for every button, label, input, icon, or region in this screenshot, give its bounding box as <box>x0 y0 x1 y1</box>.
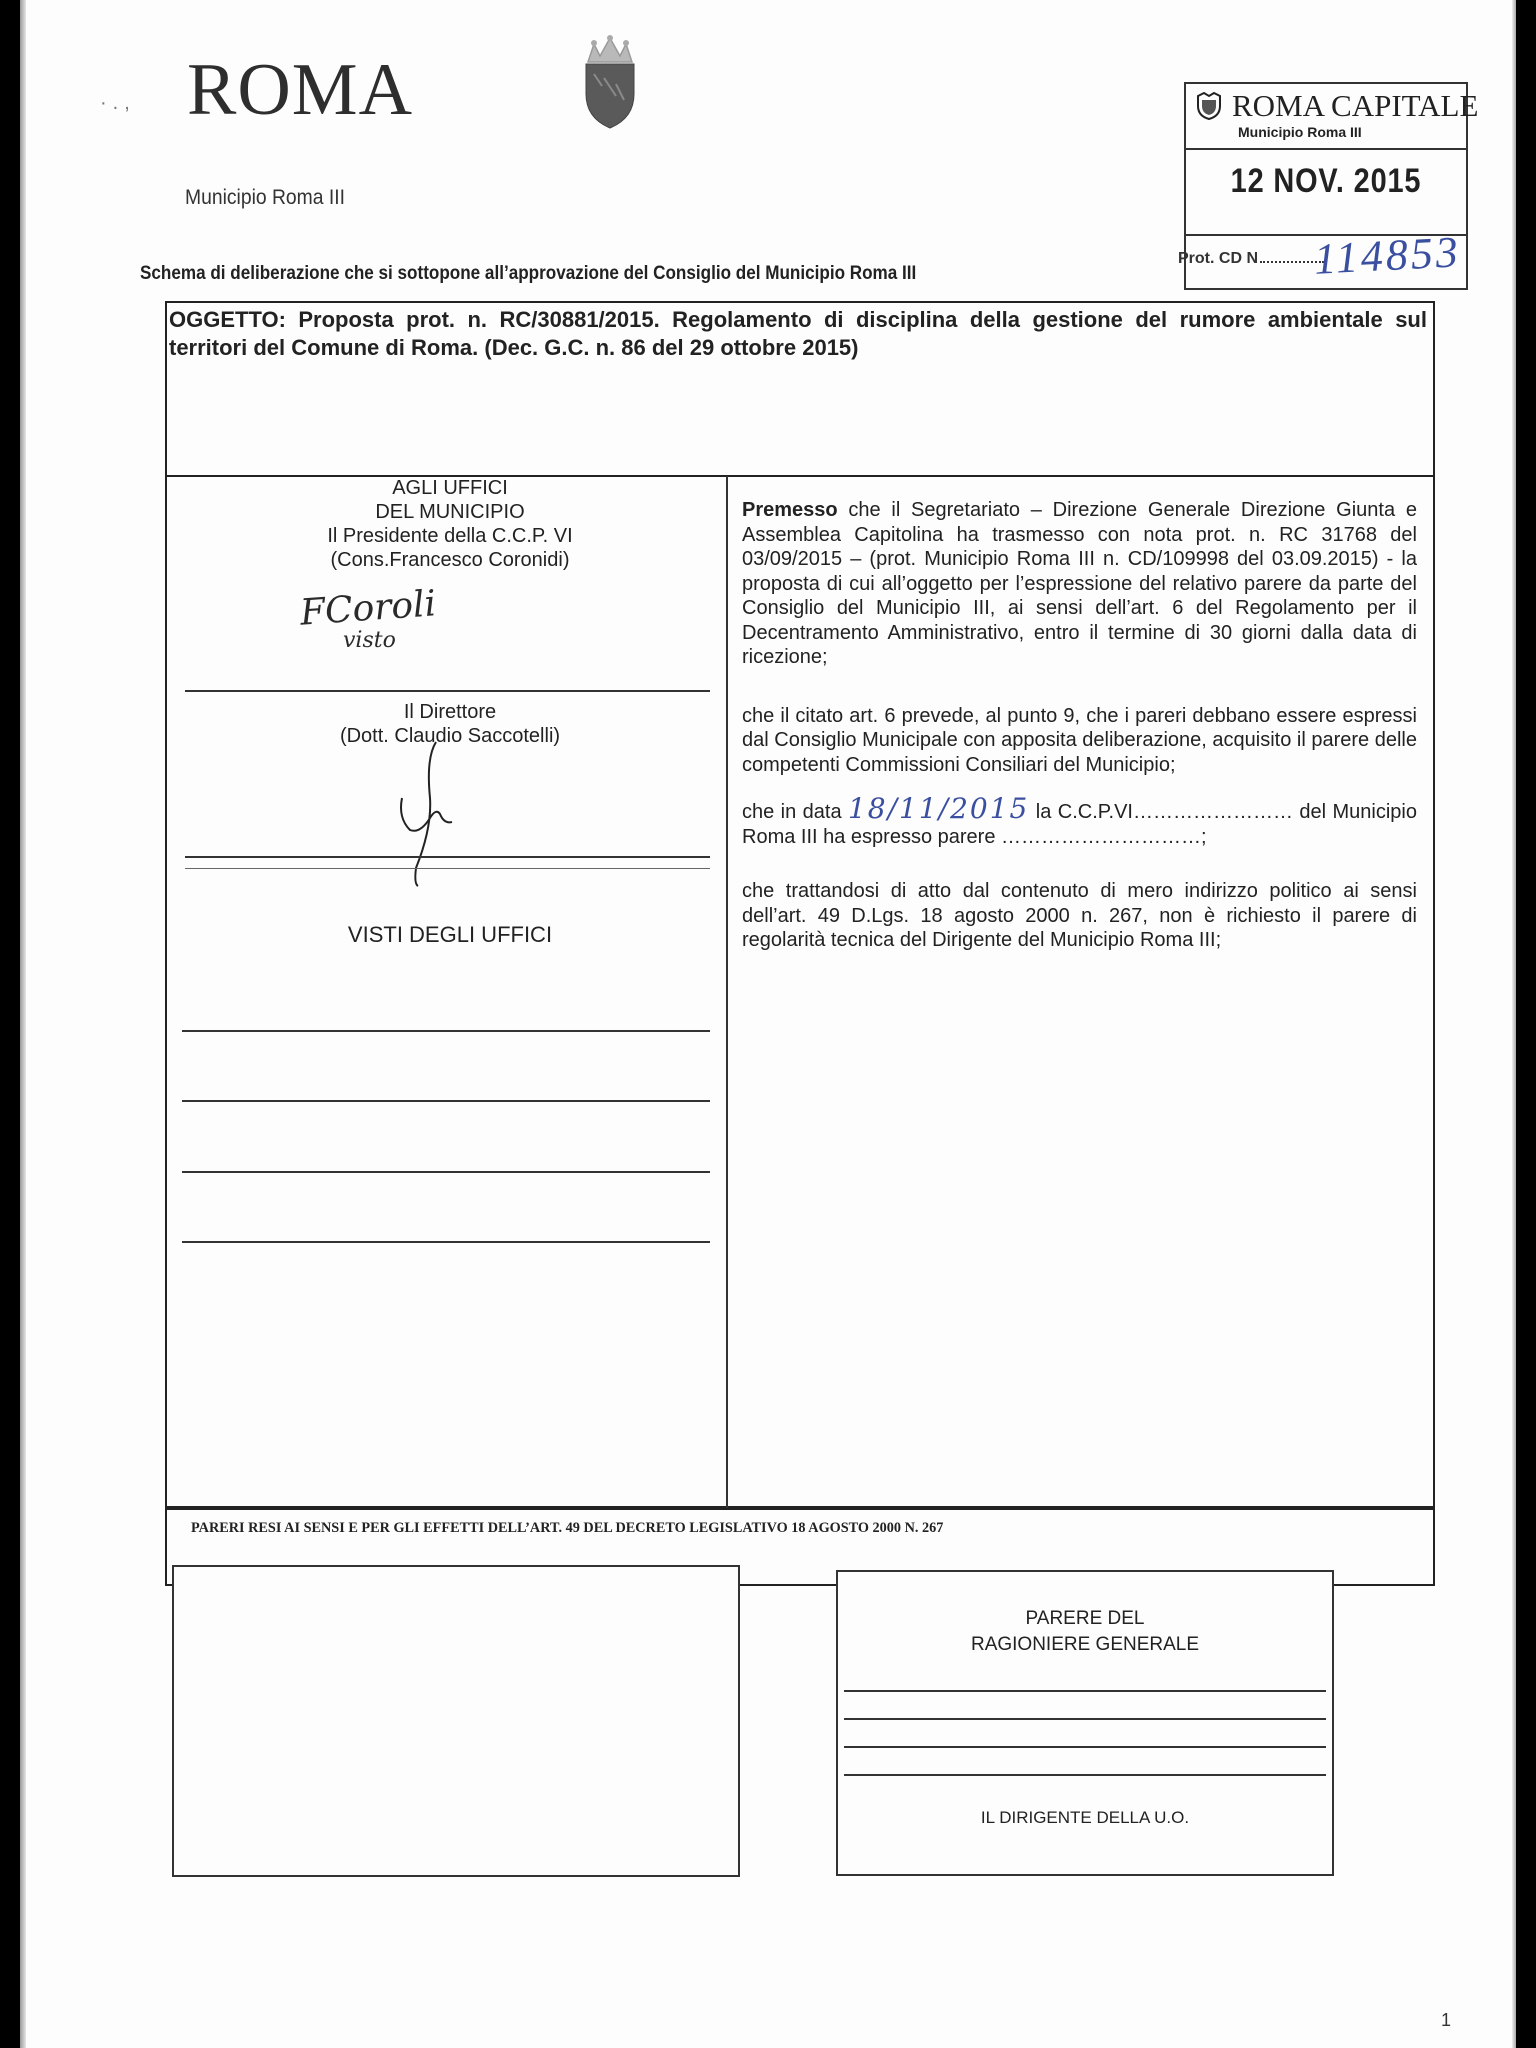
protocol-stamp: ROMA CAPITALE Municipio Roma III 12 NOV.… <box>1184 82 1468 290</box>
page-number: 1 <box>1441 2010 1451 2031</box>
ragioniere-line <box>844 1774 1326 1776</box>
oggetto-box: OGGETTO: Proposta prot. n. RC/30881/2015… <box>165 301 1435 477</box>
schema-line: Schema di deliberazione che si sottopone… <box>140 263 916 285</box>
visto-annotation: visto <box>343 628 396 653</box>
blank-dots: …………………………; <box>1001 826 1207 848</box>
scan-edge-left <box>20 0 26 2048</box>
trattandosi-paragraph: che trattandosi di atto dal contenuto di… <box>742 879 1417 953</box>
signature-line <box>185 856 710 858</box>
blank-dots: …………………… <box>1133 801 1293 823</box>
ragioniere-line <box>844 1718 1326 1720</box>
stamp-subtitle: Municipio Roma III <box>1238 124 1362 140</box>
ragioniere-line <box>844 1746 1326 1748</box>
premesso-block: Premesso che il Segretariato – Direzione… <box>742 498 1417 973</box>
roma-crest-icon <box>580 34 640 130</box>
data-middle: la C.C.P.VI <box>1029 801 1133 823</box>
premesso-text: che il Segretariato – Direzione Generale… <box>742 499 1417 668</box>
scan-edge-right <box>1512 0 1516 2048</box>
visti-line <box>182 1100 710 1102</box>
citato-paragraph: che il citato art. 6 prevede, al punto 9… <box>742 704 1417 778</box>
premesso-keyword: Premesso <box>742 499 838 521</box>
visti-line <box>182 1241 710 1243</box>
signature-line <box>185 868 710 869</box>
empty-parere-box <box>172 1565 740 1877</box>
stamp-date: 12 NOV. 2015 <box>1207 162 1445 201</box>
data-paragraph: che in data 18/11/2015 la C.C.P.VI………………… <box>742 797 1417 849</box>
stamp-header: ROMA CAPITALE Municipio Roma III <box>1186 84 1466 150</box>
stamp-title: ROMA CAPITALE <box>1232 88 1478 124</box>
visti-line <box>182 1171 710 1173</box>
ragioniere-box: PARERE DEL RAGIONIERE GENERALE IL DIRIGE… <box>836 1570 1334 1876</box>
pareri-text: PARERI RESI AI SENSI E PER GLI EFFETTI D… <box>191 1520 943 1537</box>
column-divider <box>726 476 728 1508</box>
handwritten-date: 18/11/2015 <box>848 792 1029 825</box>
ragioniere-title-line: RAGIONIERE GENERALE <box>838 1632 1332 1658</box>
director-signature <box>396 738 456 888</box>
signature-line <box>185 690 710 692</box>
scan-specks: ·., <box>100 92 136 115</box>
uffici-line: DEL MUNICIPIO <box>185 500 715 524</box>
ragioniere-title: PARERE DEL RAGIONIERE GENERALE <box>838 1606 1332 1658</box>
uffici-line: AGLI UFFICI <box>185 476 715 500</box>
oggetto-text: OGGETTO: Proposta prot. n. RC/30881/2015… <box>169 306 1427 362</box>
municipio-label: Municipio Roma III <box>185 186 345 210</box>
prot-number-handwritten: 114853 <box>1313 226 1462 285</box>
data-prefix: che in data <box>742 801 848 823</box>
uffici-block: AGLI UFFICI DEL MUNICIPIO Il Presidente … <box>185 476 715 572</box>
dirigente-label: IL DIRIGENTE DELLA U.O. <box>838 1808 1332 1828</box>
uffici-line: (Cons.Francesco Coronidi) <box>185 548 715 572</box>
premesso-paragraph: Premesso che il Segretariato – Direzione… <box>742 498 1417 670</box>
stamp-prot-label: Prot. CD N <box>1178 250 1324 268</box>
uffici-line: Il Presidente della C.C.P. VI <box>185 524 715 548</box>
ragioniere-line <box>844 1690 1326 1692</box>
prot-label-text: Prot. CD N <box>1178 250 1258 267</box>
visti-uffici-label: VISTI DEGLI UFFICI <box>185 922 715 948</box>
visti-line <box>182 1030 710 1032</box>
roma-logo-text: ROMA <box>187 48 413 133</box>
ragioniere-title-line: PARERE DEL <box>838 1606 1332 1632</box>
shield-icon <box>1196 92 1222 120</box>
director-title: Il Direttore <box>185 700 715 724</box>
